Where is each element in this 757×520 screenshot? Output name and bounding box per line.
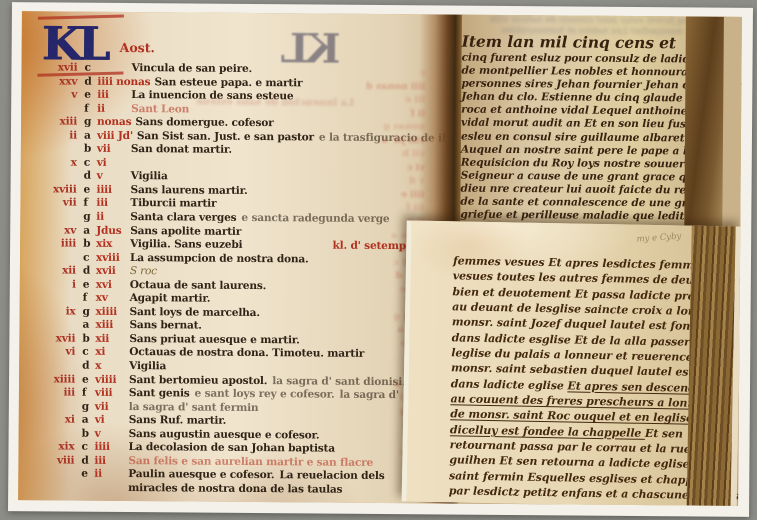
day-count: x (95, 360, 129, 374)
golden-number: xvii (41, 332, 82, 346)
feast-entry-segment: Sant bertomieu apostol. (129, 374, 267, 389)
day-count: viii Jd' (97, 130, 137, 144)
feast-entry-segment: Paulin auesque e cofesor. (128, 468, 274, 481)
golden-number: x (43, 156, 84, 170)
feast-entry-segment: Vigilia (129, 360, 166, 374)
feast-entry-segment: Sans apolite martir (130, 225, 241, 239)
golden-number (42, 210, 83, 224)
golden-number: xii (42, 265, 83, 279)
feast-entry-segment: Sant loys de marcelha. (130, 306, 260, 321)
dominical-letter: b (82, 333, 95, 347)
french-text-line: Item lan mil cinq cens et (462, 31, 707, 54)
dominical-letter: g (83, 306, 96, 320)
day-count: ii (94, 468, 128, 495)
golden-number: vi (41, 346, 82, 360)
feast-entry-segment: Vincula de san peire. (131, 62, 252, 76)
day-count: xiii (95, 319, 129, 333)
day-count: xvi (96, 279, 130, 293)
feast-entry-segment: Vigilia. Sans euzebi (130, 238, 242, 252)
feast-entry-segment: Octaua de sant laurens. (130, 279, 266, 294)
day-count: Jdus (96, 224, 130, 238)
manuscript-photo: KL Aost. KL xviicVincula de san peire.xx… (18, 11, 742, 506)
showthrough-numeral: iii f (332, 201, 424, 215)
feast-entry-segment: Sans laurens martir. (130, 184, 247, 198)
page-fore-edge (687, 226, 736, 506)
golden-number: xi (41, 414, 82, 428)
golden-number: xviii (42, 183, 83, 197)
dominical-letter: b (83, 238, 96, 252)
golden-number (41, 319, 82, 333)
day-count: viiii (95, 373, 129, 387)
golden-number: iii (41, 386, 82, 400)
golden-number: v (43, 88, 84, 102)
dominical-letter: d (83, 265, 96, 279)
day-count: vi (95, 414, 129, 428)
golden-number: iiii (42, 237, 83, 251)
feast-entry-segment: S roc (130, 265, 157, 279)
golden-number (43, 143, 84, 157)
dominical-letter: e (81, 468, 94, 495)
dominical-letter: d (84, 75, 97, 89)
month-label: Aost. (120, 40, 155, 55)
feast-entry-segment: Agapit martir. (130, 292, 211, 306)
feast-entry-segment: Sant genis (129, 387, 190, 401)
showthrough-numeral: viii Jd' a (333, 133, 425, 147)
inset-text-segment: dans ladicte eglise (451, 377, 568, 392)
day-count: ii (97, 102, 131, 116)
day-count: xix (96, 238, 130, 252)
day-count: iii (94, 455, 128, 469)
showthrough-numeral: iiii nonas d (333, 79, 425, 93)
feast-entry-segment: La assumpcion de nostra dona. (130, 252, 309, 267)
feast-entry-segment: Sans Ruf. martir. (129, 414, 227, 428)
dominical-letter: d (81, 455, 94, 469)
feast-entry-segment: Sans priuat auesque e martir. (129, 333, 299, 348)
dominical-letter: f (83, 292, 96, 306)
day-count: vii (97, 143, 131, 157)
golden-number: xvii (43, 61, 84, 75)
golden-number: vii (42, 197, 83, 211)
photo-print: KL Aost. KL xviicVincula de san peire.xx… (8, 2, 753, 517)
day-count: xv (96, 292, 130, 306)
golden-number: xv (42, 224, 83, 238)
showthrough-line: La inuencion de sans esteue (149, 96, 354, 109)
day-count: vii (95, 400, 129, 414)
inset-page-text: femmes vesues Et apres lesdictes femmesv… (449, 253, 705, 503)
day-count: iii (97, 89, 131, 103)
inset-text-segment: Et sen (645, 427, 683, 441)
book-edge-band (684, 16, 726, 228)
inset-page: my e Cyby femmes vesues Et apres lesdict… (402, 220, 742, 505)
day-count: iiii (94, 441, 128, 455)
dominical-letter: f (83, 197, 96, 211)
inset-text-segment: Et apres sen descendit (567, 379, 704, 395)
dominical-letter: a (82, 319, 95, 333)
dominical-letter: f (84, 102, 97, 116)
day-count: xi (95, 346, 129, 360)
dominical-letter: c (84, 156, 97, 170)
dominical-letter: c (81, 441, 94, 455)
dominical-letter: c (84, 62, 97, 76)
day-count: vi (97, 157, 131, 171)
feast-entry-segment: Tiburcii martir (130, 198, 216, 212)
dominical-letter: e (83, 184, 96, 198)
day-count: xviii (96, 251, 130, 265)
dominical-letter: d (82, 360, 95, 374)
golden-number (43, 102, 84, 116)
book-edge-light (722, 17, 742, 229)
showthrough-numeral: c (333, 66, 425, 80)
dominical-letter: f (82, 387, 95, 401)
dominical-letter: a (82, 414, 95, 428)
feast-entry-segment: la sagra d' sant fermin (129, 401, 259, 416)
golden-number (41, 400, 82, 414)
feast-entry-segment: San donat martir. (131, 143, 232, 157)
golden-number (40, 468, 81, 495)
day-count: xii (95, 333, 129, 347)
day-count: ii (96, 211, 130, 225)
golden-number: xix (40, 441, 81, 455)
golden-number (42, 292, 83, 306)
showthrough-numeral: nonas g (333, 120, 425, 134)
day-count (97, 62, 131, 76)
showthrough-numeral: vii b (333, 147, 425, 161)
day-count: iii (96, 197, 130, 211)
feast-entry-segment: Vigilia (131, 170, 168, 184)
dominical-letter: d (84, 170, 97, 184)
dominical-letter: a (83, 224, 96, 238)
showthrough-numeral: vi c (333, 160, 425, 174)
showthrough-numeral: iiii e (332, 188, 424, 202)
golden-number (42, 251, 83, 265)
feast-entry-segment: Santa clara verges (130, 211, 236, 225)
calendar-page: KL Aost. KL xviicVincula de san peire.xx… (18, 11, 447, 503)
feast-entry-segment: San esteue papa. e martir (154, 76, 302, 91)
dominical-letter: g (84, 116, 97, 130)
golden-number: xiii (43, 116, 84, 130)
feast-entry-segment: Sans bernat. (129, 319, 201, 333)
marginal-note: my e Cyby (636, 232, 681, 245)
dominical-letter: e (83, 278, 96, 292)
dominical-letter: c (83, 251, 96, 265)
day-count: viii (95, 387, 129, 401)
french-page-text: Item lan mil cinq cens etcinq furent esl… (460, 31, 706, 224)
golden-number (41, 359, 82, 373)
day-count: xiiii (96, 306, 130, 320)
golden-number: i (42, 278, 83, 292)
feast-entry-segment: e sant loys rey e cofesor. (195, 388, 335, 403)
golden-number (41, 427, 82, 441)
day-count: v (97, 170, 131, 184)
day-count: nonas (97, 116, 135, 130)
day-count: xvii (96, 265, 130, 279)
dominical-letter: e (82, 373, 95, 387)
golden-number: xxv (43, 75, 84, 89)
dominical-letter: g (83, 211, 96, 225)
dominical-letter: e (84, 89, 97, 103)
showthrough-numeral: v d (333, 174, 425, 188)
day-count: iiii nonas (97, 75, 154, 89)
day-count: v (95, 428, 129, 442)
golden-number: xiiii (41, 373, 82, 387)
feast-entry-segment: San Sist san. Just. e san pastor (137, 130, 314, 145)
golden-number (43, 170, 84, 184)
french-text-line: vidal morut audit an Et en son lieu fust (461, 117, 706, 132)
inset-text-line: par lesdictz petitz enfans et a chascune… (449, 483, 701, 503)
dominical-letter: b (82, 427, 95, 441)
dominical-letter: a (84, 129, 97, 143)
golden-number: ii (43, 129, 84, 143)
dominical-letter: b (84, 143, 97, 157)
golden-number: ix (42, 305, 83, 319)
showthrough-text-line: cinq furent esluz pour consulz de ladict… (462, 15, 697, 28)
dominical-letter: c (82, 346, 95, 360)
golden-number: viii (40, 454, 81, 468)
dominical-letter: g (82, 400, 95, 414)
feast-entry-segment: Sans domergue. cofesor (135, 116, 273, 131)
day-count: iiii (96, 184, 130, 198)
photograph-of-manuscript: { "colors":{ "surface_grey":"#8d8d87","p… (0, 0, 757, 520)
